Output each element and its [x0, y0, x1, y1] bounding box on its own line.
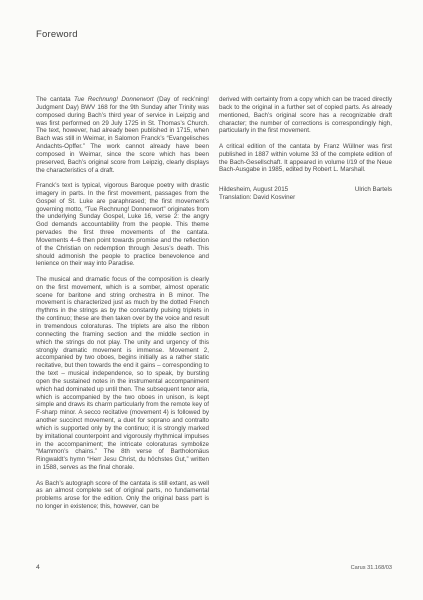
- page-title: Foreword: [36, 29, 78, 40]
- signature-row: Hildesheim, August 2015 Ulrich Bartels: [219, 186, 392, 194]
- left-column: The cantata Tue Rechnung! Donnerwort (Da…: [36, 96, 209, 519]
- text-columns: The cantata Tue Rechnung! Donnerwort (Da…: [36, 96, 392, 519]
- paragraph: derived with certainty from a copy which…: [219, 96, 392, 135]
- paragraph: As Bach’s autograph score of the cantata…: [36, 480, 209, 511]
- signature-place-date: Hildesheim, August 2015: [219, 186, 288, 194]
- paragraph: A critical edition of the cantata by Fra…: [219, 143, 392, 174]
- foreword-page: Foreword The cantata Tue Rechnung! Donne…: [0, 0, 423, 600]
- paragraph: Franck’s text is typical, vigorous Baroq…: [36, 182, 209, 268]
- page-number: 4: [36, 564, 40, 571]
- paragraph: The cantata Tue Rechnung! Donnerwort (Da…: [36, 96, 209, 174]
- signature-author: Ulrich Bartels: [355, 186, 392, 194]
- paragraph: The musical and dramatic focus of the co…: [36, 276, 209, 472]
- signature-translation: Translation: David Kosviner: [219, 194, 392, 202]
- page-footer: 4 Carus 31.168/03: [36, 564, 392, 571]
- catalog-number: Carus 31.168/03: [351, 565, 392, 571]
- right-column: derived with certainty from a copy which…: [219, 96, 392, 519]
